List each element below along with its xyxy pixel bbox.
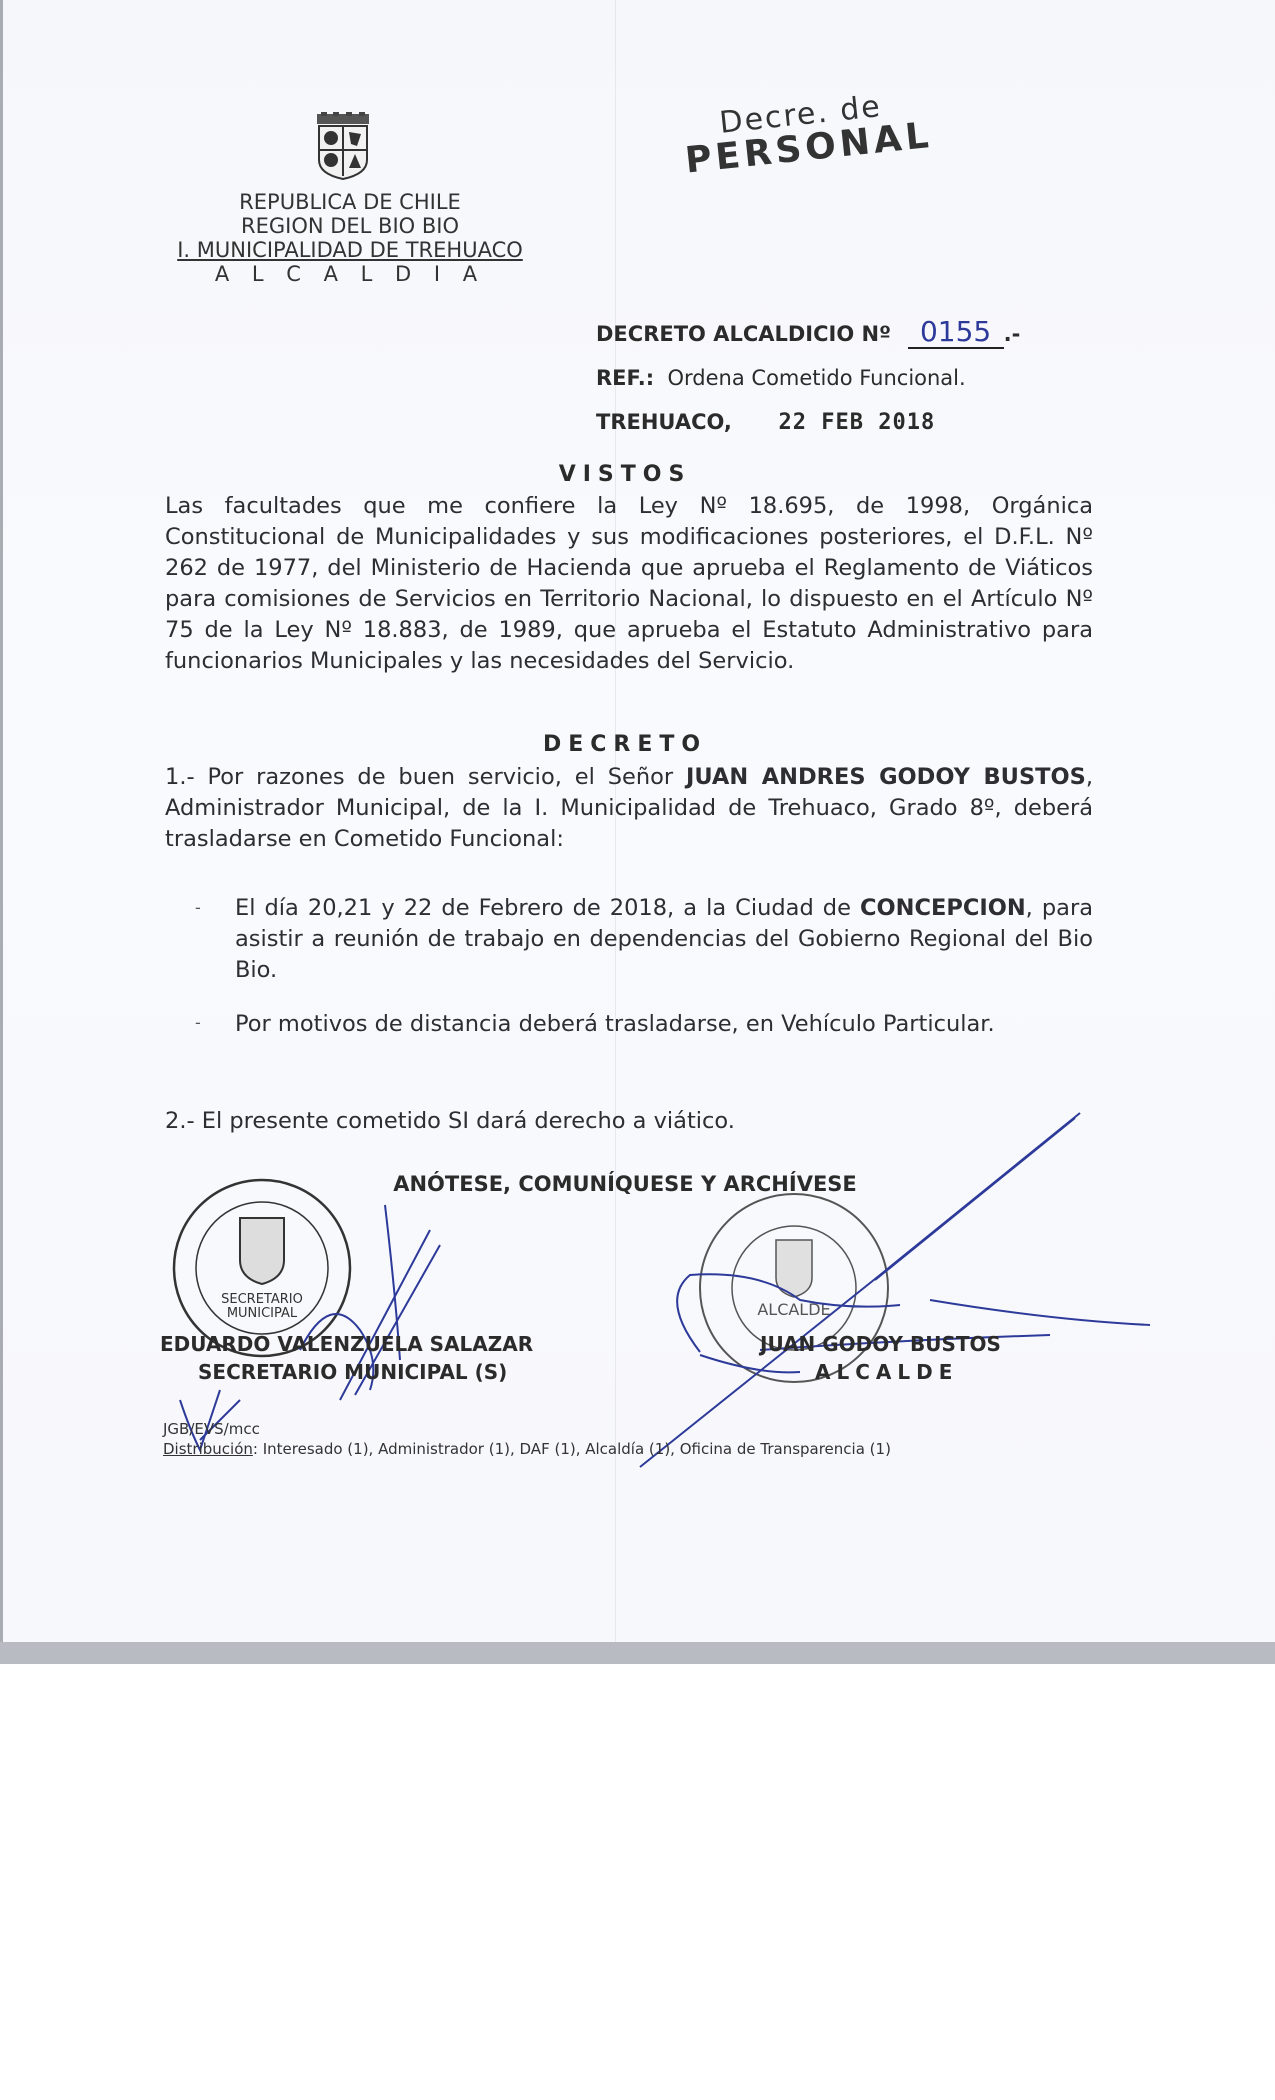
header-municipality: I. MUNICIPALIDAD DE TREHUACO xyxy=(150,238,550,262)
bullet-marker: - xyxy=(195,1013,201,1032)
list-item: El día 20,21 y 22 de Febrero de 2018, a … xyxy=(235,893,1093,986)
closing-formula: ANÓTESE, COMUNÍQUESE Y ARCHÍVESE xyxy=(150,1172,1100,1196)
official-name: JUAN ANDRES GODOY BUSTOS xyxy=(686,764,1086,790)
distribution-label: Distribución xyxy=(163,1440,253,1458)
mayor-name: JUAN GODOY BUSTOS xyxy=(760,1330,1060,1358)
date-stamp: 22 FEB 2018 xyxy=(779,410,936,435)
ref-value: Ordena Cometido Funcional. xyxy=(668,366,966,390)
bullet-marker: - xyxy=(195,898,201,917)
ref-label: REF.: xyxy=(596,366,654,390)
header-region: REGION DEL BIO BIO xyxy=(150,214,550,238)
author-initials: JGB/EVS/mcc xyxy=(163,1420,260,1438)
decreto-paragraph-1: 1.- Por razones de buen servicio, el Señ… xyxy=(165,762,1093,855)
mayor-signature-block: JUAN GODOY BUSTOS ALCALDE xyxy=(760,1330,1060,1386)
decree-label: DECRETO ALCALDICIO Nº xyxy=(596,322,891,346)
municipal-coat-of-arms-icon xyxy=(313,112,373,180)
issuer-header: REPUBLICA DE CHILE REGION DEL BIO BIO I.… xyxy=(150,190,550,286)
item-text: El día 20,21 y 22 de Febrero de 2018, a … xyxy=(235,895,860,921)
scan-bottom-edge xyxy=(0,1642,1275,1664)
distribution-value: : Interesado (1), Administrador (1), DAF… xyxy=(253,1440,891,1458)
item-text: Por motivos de distancia deberá traslada… xyxy=(235,1011,995,1037)
list-item: Por motivos de distancia deberá traslada… xyxy=(235,1009,1093,1040)
mayor-title: ALCALDE xyxy=(760,1358,1060,1386)
place-date-row: TREHUACO, 22 FEB 2018 xyxy=(596,400,1020,444)
vistos-heading: VISTOS xyxy=(150,462,1100,487)
decree-number-row: DECRETO ALCALDICIO Nº 0155.- xyxy=(596,312,1020,356)
secretary-title: SECRETARIO MUNICIPAL (S) xyxy=(160,1358,580,1386)
header-country: REPUBLICA DE CHILE xyxy=(150,190,550,214)
distribution-list: Distribución: Interesado (1), Administra… xyxy=(163,1440,891,1458)
place-label: TREHUACO, xyxy=(596,410,732,434)
secretary-signature-block: EDUARDO VALENZUELA SALAZAR SECRETARIO MU… xyxy=(160,1330,580,1386)
header-office: A L C A L D I A xyxy=(150,262,550,286)
decree-number: 0155 xyxy=(908,317,1004,349)
decree-meta: DECRETO ALCALDICIO Nº 0155.- REF.: Orden… xyxy=(596,312,1020,444)
reference-row: REF.: Ordena Cometido Funcional. xyxy=(596,356,1020,400)
decreto-paragraph-2: 2.- El presente cometido SI dará derecho… xyxy=(165,1106,1093,1137)
destination-city: CONCEPCION xyxy=(860,895,1026,921)
decree-suffix: .- xyxy=(1004,322,1021,346)
decreto-heading: DECRETO xyxy=(150,732,1100,757)
vistos-paragraph: Las facultades que me confiere la Ley Nº… xyxy=(165,491,1093,677)
secretary-name: EDUARDO VALENZUELA SALAZAR xyxy=(160,1330,580,1358)
p1-text: 1.- Por razones de buen servicio, el Señ… xyxy=(165,764,686,790)
